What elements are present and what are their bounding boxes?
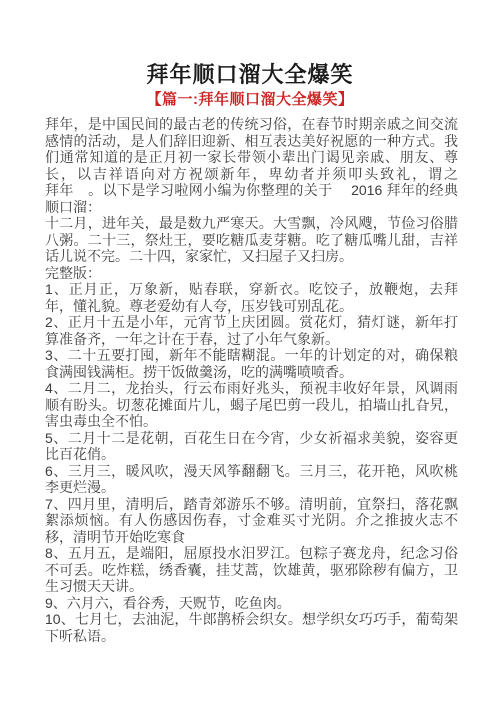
paragraph: 6、三月三，暖风吹，漫天风筝翻翻飞。三月三，花开艳，风吹桃李更烂漫。 bbox=[45, 463, 458, 496]
paragraph: 9、六月六，看谷秀，天贶节，吃鱼肉。 bbox=[45, 595, 458, 612]
document-body: 拜年，是中国民间的最古老的传统习俗，在春节时期亲戚之间交流感情的活动，是人们辞旧… bbox=[45, 116, 458, 644]
paragraph: 5、二月十二是花朝，百花生日在今宵，少女祈福求美貌，姿容更比百花俏。 bbox=[45, 430, 458, 463]
paragraph: 4、二月二，龙抬头，行云布雨好兆头，预祝丰收好年景，风调雨顺有盼头。切葱花摊面片… bbox=[45, 380, 458, 430]
paragraph: 10、七月七，去油泥，牛郎鹊桥会织女。想学织女巧巧手，葡萄架下听私语。 bbox=[45, 611, 458, 644]
paragraph: 十二月，进年关，最是数九严寒天。大雪飘，冷风飕，节俭习俗腊八粥。二十三，祭灶王，… bbox=[45, 215, 458, 265]
paragraph: 7、四月里，清明后，踏青郊游乐不够。清明前，宜祭扫，落花飘絮添烦恼。有人伤感因伤… bbox=[45, 496, 458, 546]
document-page: 拜年顺口溜大全爆笑 【篇一:拜年顺口溜大全爆笑】 拜年，是中国民间的最古老的传统… bbox=[0, 0, 500, 707]
paragraph: 3、二十五要打囤，新年不能瞎糊混。一年的计划定的对，确保粮食满囤钱满柜。捞干饭做… bbox=[45, 347, 458, 380]
section-heading: 【篇一:拜年顺口溜大全爆笑】 bbox=[0, 88, 500, 109]
paragraph: 8、五月五，是端阳，屈原投水汨罗江。包粽子赛龙舟，纪念习俗不可丢。吃炸糕，绣香囊… bbox=[45, 545, 458, 595]
page-title: 拜年顺口溜大全爆笑 bbox=[0, 58, 500, 89]
paragraph: 拜年，是中国民间的最古老的传统习俗，在春节时期亲戚之间交流感情的活动，是人们辞旧… bbox=[45, 116, 458, 215]
paragraph: 1、正月正，万象新，贴春联，穿新衣。吃饺子，放鞭炮，去拜年，懂礼貌。尊老爱幼有人… bbox=[45, 281, 458, 314]
paragraph: 完整版： bbox=[45, 265, 458, 282]
paragraph: 2、正月十五是小年，元宵节上庆团圆。赏花灯，猜灯谜，新年打算准备齐，一年之计在于… bbox=[45, 314, 458, 347]
